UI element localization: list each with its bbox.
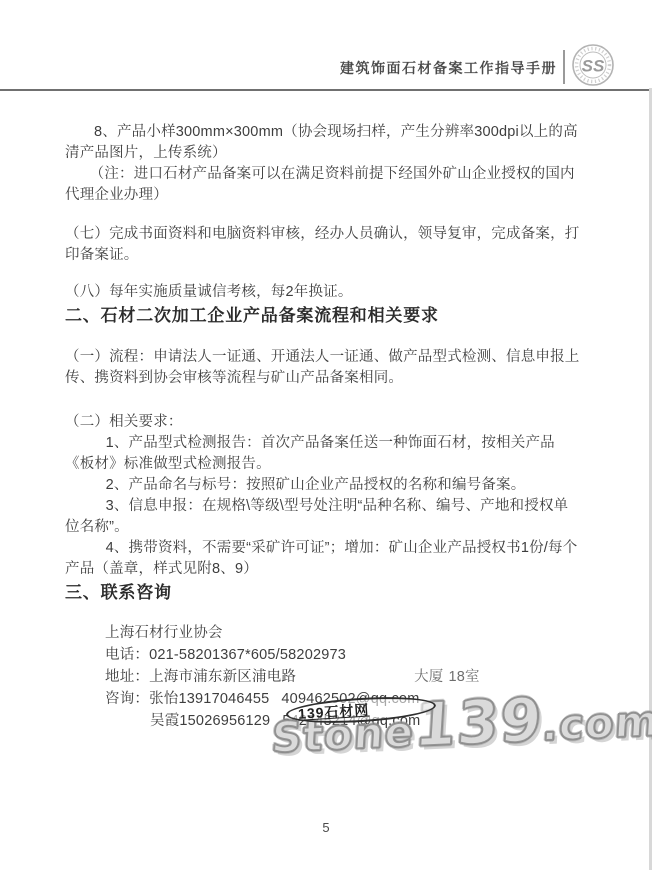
section-heading-3: 三、联系咨询 — [65, 580, 581, 606]
paragraph-requirement-3: 3、信息申报：在规格\等级\型号处注明“品种名称、编号、产地和授权单位名称”。 — [65, 496, 581, 538]
paragraph-import-note: （注：进口石材产品备案可以在满足资料前提下经国外矿山企业授权的国内代理企业办理） — [65, 164, 581, 206]
watermark-brand-139: 139 — [413, 690, 545, 756]
phone-numbers: 021-58201367*605/58202973 — [149, 647, 346, 663]
document-body: 8、产品小样300mm×300mm（协会现场扫样，产生分辨率300dpi以上的高… — [0, 91, 652, 732]
paragraph-item-eight: （八）每年实施质量诚信考核，每2年换证。 — [65, 282, 581, 303]
consult2-name-phone: 吴霞15026956129 — [150, 713, 270, 729]
address-mid: 大厦 — [414, 669, 443, 685]
paragraph-requirement-2: 2、产品命名与标号：按照矿山企业产品授权的名称和编号备案。 — [65, 475, 581, 496]
consult-label: 咨询： — [105, 691, 149, 707]
contact-organization: 上海石材行业协会 — [105, 622, 581, 644]
contact-address-line: 地址：上海市浦东新区浦电路大厦18室 — [105, 666, 581, 688]
phone-label: 电话： — [105, 647, 149, 663]
watermark-badge-label: 139石材网 — [298, 700, 370, 724]
paragraph-sample-requirement: 8、产品小样300mm×300mm（协会现场扫样，产生分辨率300dpi以上的高… — [65, 122, 581, 164]
header-vertical-divider — [563, 50, 565, 84]
paragraph-flow: （一）流程：申请法人一证通、开通法人一证通、做产品型式检测、信息申报上传、携资料… — [65, 347, 581, 389]
paragraph-item-seven: （七）完成书面资料和电脑资料审核，经办人员确认，领导复审，完成备案，打印备案证。 — [65, 224, 581, 266]
paragraph-requirement-4: 4、携带资料，不需要“采矿许可证”；增加：矿山企业产品授权书1份/每个产品（盖章… — [65, 538, 581, 580]
section-heading-2: 二、石材二次加工企业产品备案流程和相关要求 — [65, 303, 581, 329]
header-title: 建筑饰面石材备案工作指导手册 — [340, 58, 557, 78]
watermark-brand-com: .com — [541, 700, 652, 747]
paragraph-requirements-label: （二）相关要求： — [65, 412, 581, 433]
document-page: 建筑饰面石材备案工作指导手册 SS 8、产品小样300mm×300mm（协会现场… — [0, 0, 652, 870]
address-label: 地址： — [105, 669, 149, 685]
contact-phone-line: 电话：021-58201367*605/58202973 — [105, 644, 581, 666]
seal-monogram: SS — [582, 57, 605, 76]
page-number: 5 — [0, 820, 652, 835]
address-start: 上海市浦东新区浦电路 — [149, 669, 296, 685]
association-seal-icon: SS — [572, 44, 614, 86]
address-end: 18室 — [449, 669, 480, 685]
paragraph-requirement-1: 1、产品型式检测报告：首次产品备案任送一种饰面石材，按相关产品《板材》标准做型式… — [65, 433, 581, 475]
consult1-name-phone: 张怡13917046455 — [149, 691, 269, 707]
